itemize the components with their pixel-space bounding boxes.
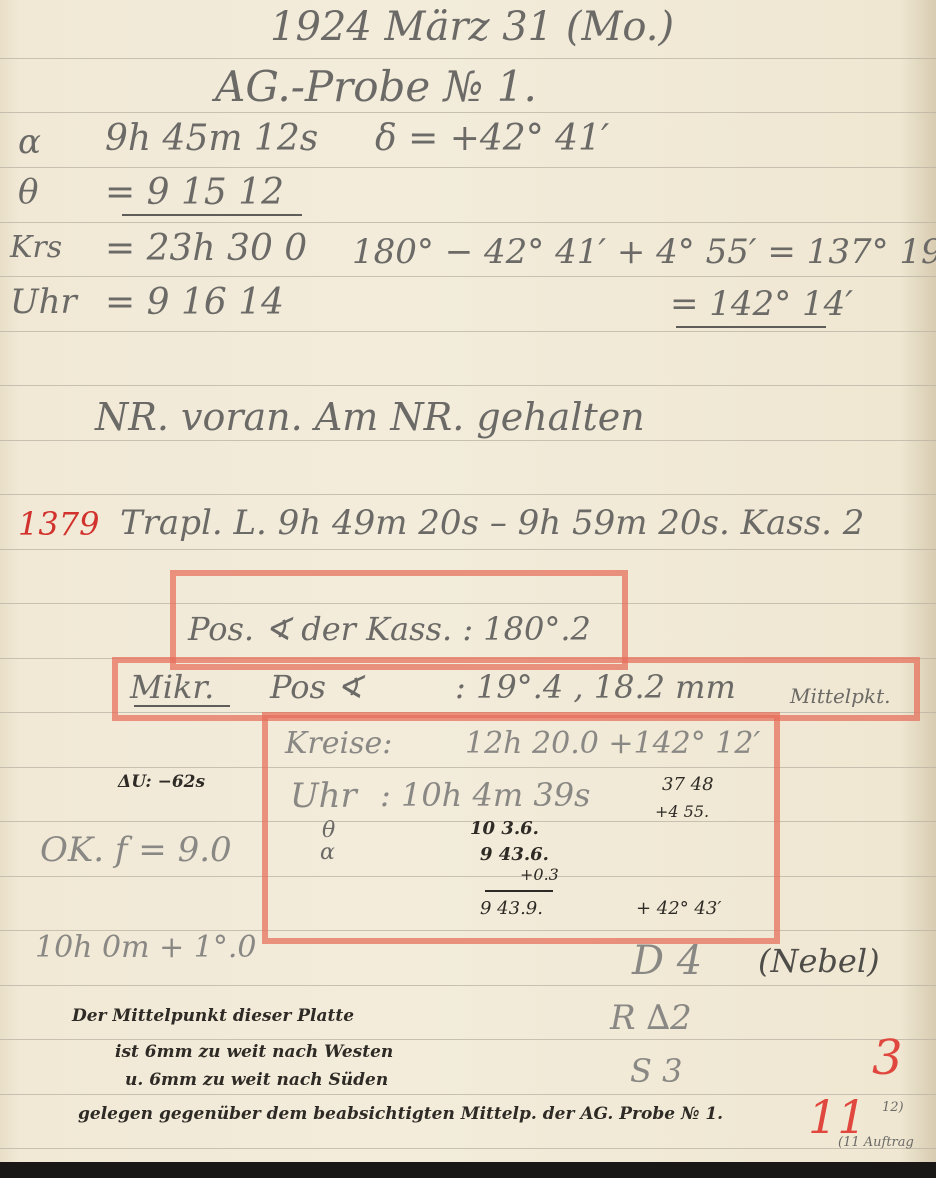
uhr-right-2: +4 55. [655, 802, 709, 821]
alpha-label: α [18, 122, 41, 162]
alpha-value: 9h 45m 12s [105, 118, 318, 159]
theta-label: θ [18, 172, 38, 212]
plate-number: 1379 [18, 505, 99, 543]
ruled-line [0, 276, 936, 277]
conclusion-line-3: u. 6mm zu weit nach Süden [125, 1070, 388, 1090]
ocular-focus: OK. f = 9.0 [40, 830, 232, 870]
underline [134, 705, 230, 707]
alpha-reading-value: 9 43.6. [480, 844, 549, 865]
ruled-line [0, 58, 936, 59]
conclusion-line-2: ist 6mm zu weit nach Westen [115, 1042, 393, 1062]
rating-r: R ∆2 [610, 998, 692, 1038]
result-value: 9 43.9. [480, 898, 543, 919]
time-note: 10h 0m + 1°.0 [35, 930, 256, 965]
conclusion-line-1: Der Mittelpunkt dieser Platte [72, 1006, 354, 1026]
page-title: AG.-Probe № 1. [215, 62, 537, 111]
ruled-line [0, 1039, 936, 1040]
rating-s: S 3 [630, 1052, 682, 1090]
ruled-line [0, 440, 936, 441]
uhr-value: = 9 16 14 [105, 282, 284, 323]
underline [485, 890, 553, 892]
red-number: 3 [872, 1030, 903, 1086]
ruled-line [0, 1148, 936, 1149]
rating-d: D 4 [632, 938, 702, 984]
conclusion-line-4: gelegen gegenüber dem beabsichtigten Mit… [78, 1104, 723, 1124]
kreis-label: Krs [10, 230, 62, 265]
exposure-line: Trapl. L. 9h 49m 20s – 9h 59m 20s. Kass.… [120, 503, 864, 543]
ruled-line [0, 494, 936, 495]
micrometer-value: : 19°.4 , 18.2 mm [455, 668, 736, 706]
micrometer-label: Mikr. [130, 668, 214, 706]
ruled-line [0, 167, 936, 168]
micrometer-pos: Pos ∢ [270, 668, 363, 706]
ruled-line [0, 331, 936, 332]
underline [676, 326, 826, 328]
notebook-edge [0, 1162, 936, 1178]
ruled-line [0, 985, 936, 986]
ruled-line [0, 222, 936, 223]
alpha-reading-label: α [320, 840, 335, 865]
nr-note: NR. voran. Am NR. gehalten [95, 395, 645, 439]
rating-nebel: (Nebel) [758, 942, 880, 980]
ruled-line [0, 112, 936, 113]
theta-reading-value: 10 3.6. [470, 818, 539, 839]
corner-note-1: 12) [882, 1100, 904, 1115]
corner-note-2: (11 Auftrag [838, 1135, 914, 1150]
angle-calc-line-1: 180° − 42° 41′ + 4° 55′ = 137° 19′ + 4° … [352, 232, 936, 272]
uhr-right-1: 37 48 [662, 774, 714, 795]
uhr-label: Uhr [10, 282, 77, 322]
uhr-reading-label: Uhr [290, 776, 357, 816]
ruled-line [0, 385, 936, 386]
page-date: 1924 März 31 (Mo.) [270, 4, 674, 50]
theta-value: = 9 15 12 [105, 172, 284, 213]
kreis-value: = 23h 30 0 [105, 228, 307, 269]
micrometer-suffix: Mittelpkt. [790, 684, 891, 708]
angle-calc-line-2: = 142° 14′ [670, 284, 853, 324]
correction-value: +0.3 [520, 865, 559, 884]
underline [122, 214, 302, 216]
result-declination: + 42° 43′ [636, 898, 721, 919]
uhr-reading-value: : 10h 4m 39s [380, 776, 590, 814]
kreise-label: Kreise: [285, 726, 392, 761]
notebook-page: 1924 März 31 (Mo.) AG.-Probe № 1. α 9h 4… [0, 0, 936, 1162]
kreise-value: 12h 20.0 +142° 12′ [465, 726, 760, 761]
declination: δ = +42° 41′ [375, 118, 609, 159]
clock-correction: ΔU: −62s [118, 772, 205, 792]
ruled-line [0, 549, 936, 550]
cassette-position: Pos. ∢ der Kass. : 180°.2 [188, 610, 591, 648]
ruled-line [0, 1094, 936, 1095]
